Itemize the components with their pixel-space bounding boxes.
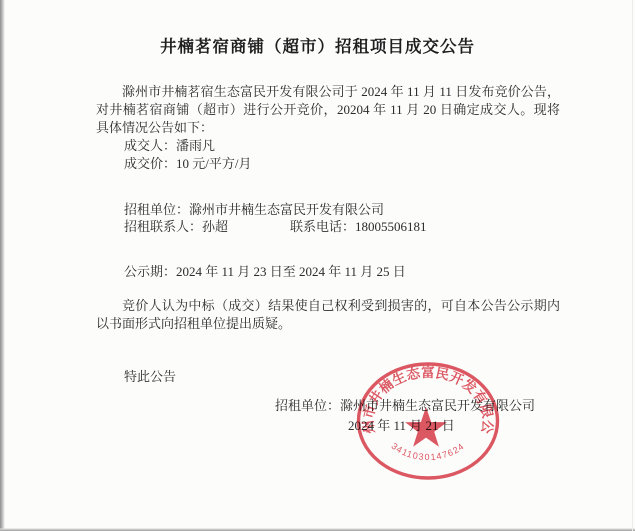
winner-line: 成交人：潘雨凡 — [124, 137, 215, 155]
company-seal: 滁州市井楠生态富民开发有限公司 3411030147624 — [352, 358, 504, 484]
document-title: 井楠茗宿商铺（超市）招租项目成交公告 — [0, 33, 635, 57]
publicity-period-line: 公示期：2024 年 11 月 23 日至 2024 年 11 月 25 日 — [124, 263, 406, 281]
scan-edge-left — [0, 0, 5, 531]
seal-star-icon — [405, 407, 447, 447]
landlord-line: 招租单位：滁州市井楠生态富民开发有限公司 — [124, 201, 384, 219]
closing-line: 特此公告 — [124, 368, 176, 386]
objection-paragraph: 竞价人认为中标（成交）结果使自己权利受到损害的，可自本公告公示期内以书面形式向招… — [96, 297, 560, 333]
intro-paragraph: 滁州市井楠茗宿生态富民开发有限公司于 2024 年 11 月 11 日发布竞价公… — [96, 83, 560, 137]
announcement-page: 井楠茗宿商铺（超市）招租项目成交公告 滁州市井楠茗宿生态富民开发有限公司于 20… — [0, 0, 635, 531]
price-line: 成交价：10 元/平方/月 — [124, 155, 251, 173]
contact-person-label: 招租联系人：孙超 — [124, 219, 228, 234]
scan-edge-right — [632, 0, 633, 531]
contact-phone-label: 联系电话：18005506181 — [290, 219, 427, 234]
seal-registration-number: 3411030147624 — [390, 441, 467, 462]
contact-line: 招租联系人：孙超联系电话：18005506181 — [124, 218, 427, 236]
